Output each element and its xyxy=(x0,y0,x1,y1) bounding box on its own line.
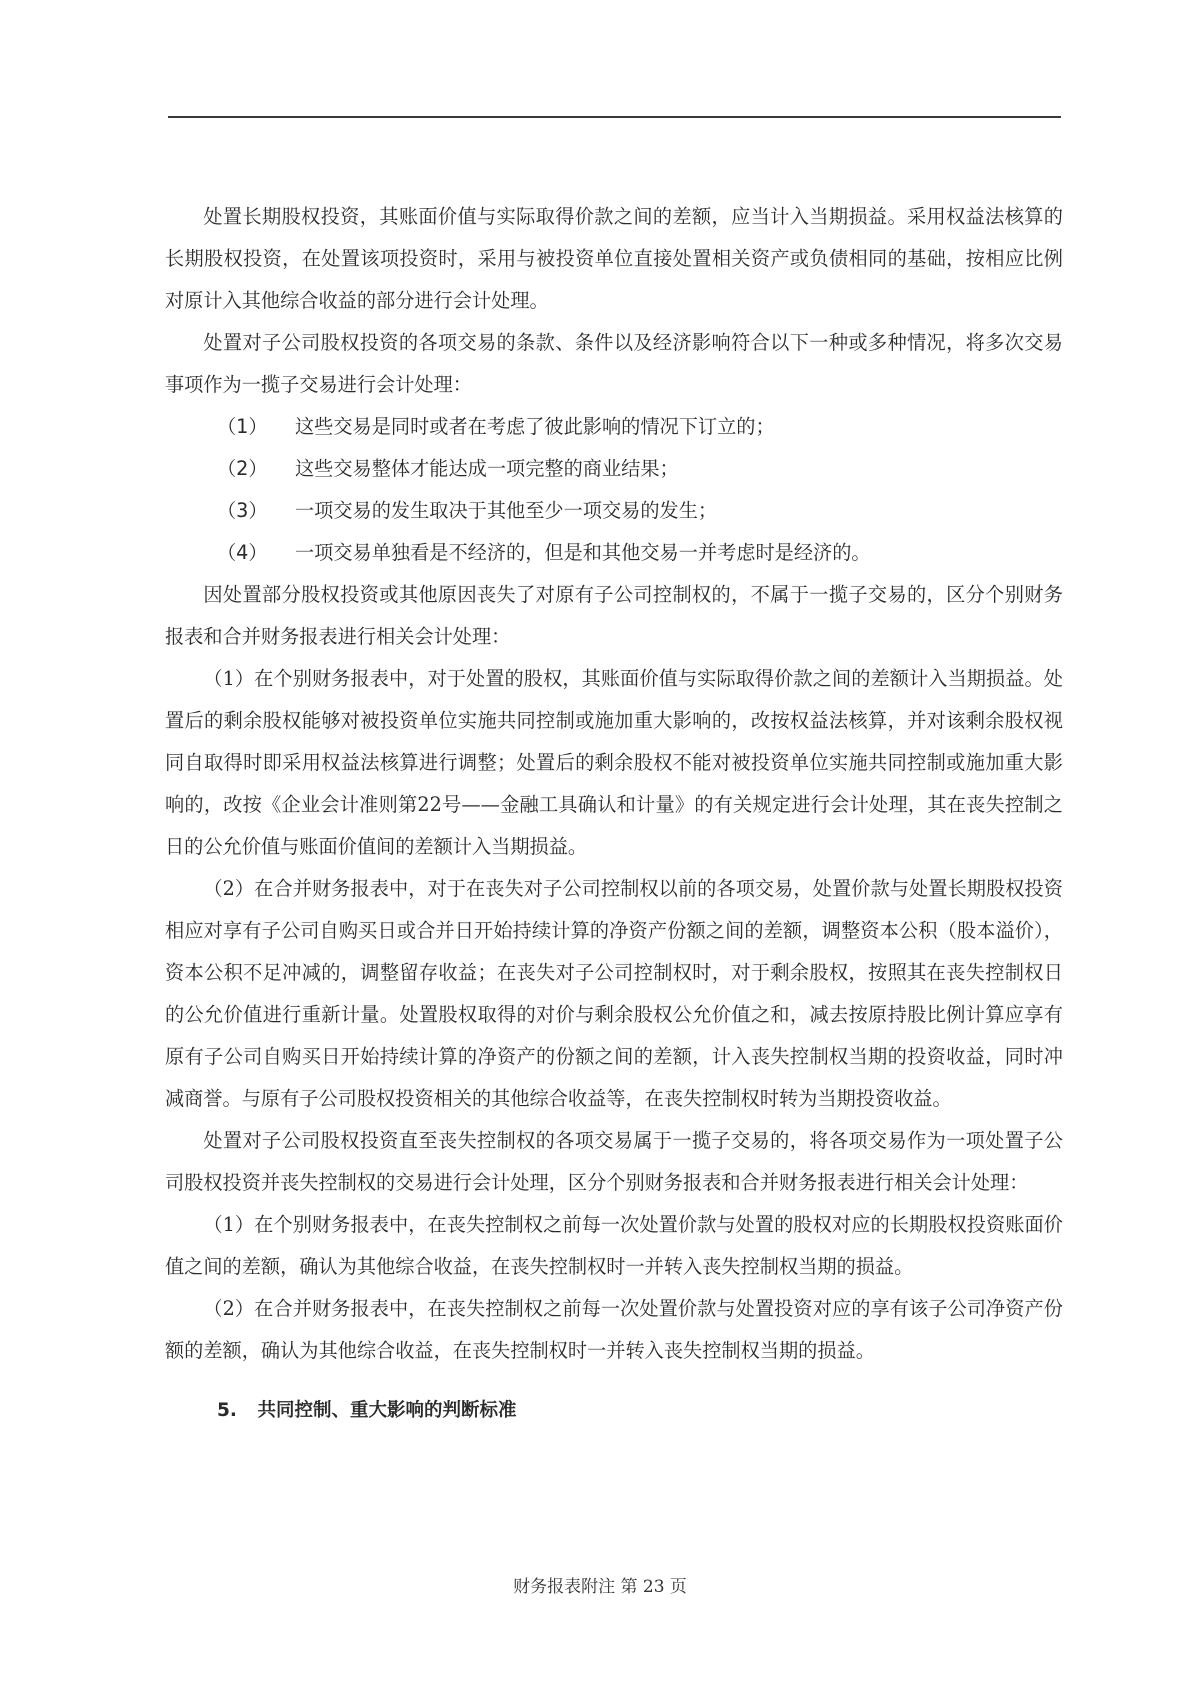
section-number: 5. xyxy=(217,1390,251,1432)
page-body: 处置长期股权投资，其账面价值与实际取得价款之间的差额，应当计入当期损益。采用权益… xyxy=(165,196,1063,1432)
list-item-text: 一项交易的发生取决于其他至少一项交易的发生； xyxy=(295,490,717,532)
list-item-text: 这些交易是同时或者在考虑了彼此影响的情况下订立的； xyxy=(295,406,775,448)
list-item-number: （4） xyxy=(217,532,295,574)
header-rule xyxy=(168,116,1061,118)
paragraph-consolidated-statements: （2）在合并财务报表中，对于在丧失对子公司控制权以前的各项交易，处置价款与处置长… xyxy=(165,868,1063,1120)
list-item-number: （1） xyxy=(217,406,295,448)
paragraph-loss-of-control-non-package: 因处置部分股权投资或其他原因丧失了对原有子公司控制权的，不属于一揽子交易的，区分… xyxy=(165,574,1063,658)
section-heading: 5. 共同控制、重大影响的判断标准 xyxy=(165,1390,1063,1432)
paragraph-package-separate-statements: （1）在个别财务报表中，在丧失控制权之前每一次处置价款与处置的股权对应的长期股权… xyxy=(165,1204,1063,1288)
list-item: （4） 一项交易单独看是不经济的，但是和其他交易一并考虑时是经济的。 xyxy=(165,532,1063,574)
list-item: （1） 这些交易是同时或者在考虑了彼此影响的情况下订立的； xyxy=(165,406,1063,448)
list-item-text: 一项交易单独看是不经济的，但是和其他交易一并考虑时是经济的。 xyxy=(295,532,871,574)
paragraph-package-consolidated-statements: （2）在合并财务报表中，在丧失控制权之前每一次处置价款与处置投资对应的享有该子公… xyxy=(165,1288,1063,1372)
list-item-text: 这些交易整体才能达成一项完整的商业结果； xyxy=(295,448,679,490)
list-item: （3） 一项交易的发生取决于其他至少一项交易的发生； xyxy=(165,490,1063,532)
paragraph-disposal-equity: 处置长期股权投资，其账面价值与实际取得价款之间的差额，应当计入当期损益。采用权益… xyxy=(165,196,1063,322)
section-title: 共同控制、重大影响的判断标准 xyxy=(257,1400,516,1421)
page-footer: 财务报表附注 第 23 页 xyxy=(0,1572,1200,1597)
list-item-number: （2） xyxy=(217,448,295,490)
list-item: （2） 这些交易整体才能达成一项完整的商业结果； xyxy=(165,448,1063,490)
paragraph-package-deal-criteria: 处置对子公司股权投资的各项交易的条款、条件以及经济影响符合以下一种或多种情况，将… xyxy=(165,322,1063,406)
paragraph-separate-statements: （1）在个别财务报表中，对于处置的股权，其账面价值与实际取得价款之间的差额计入当… xyxy=(165,658,1063,868)
paragraph-loss-of-control-package: 处置对子公司股权投资直至丧失控制权的各项交易属于一揽子交易的，将各项交易作为一项… xyxy=(165,1120,1063,1204)
list-item-number: （3） xyxy=(217,490,295,532)
